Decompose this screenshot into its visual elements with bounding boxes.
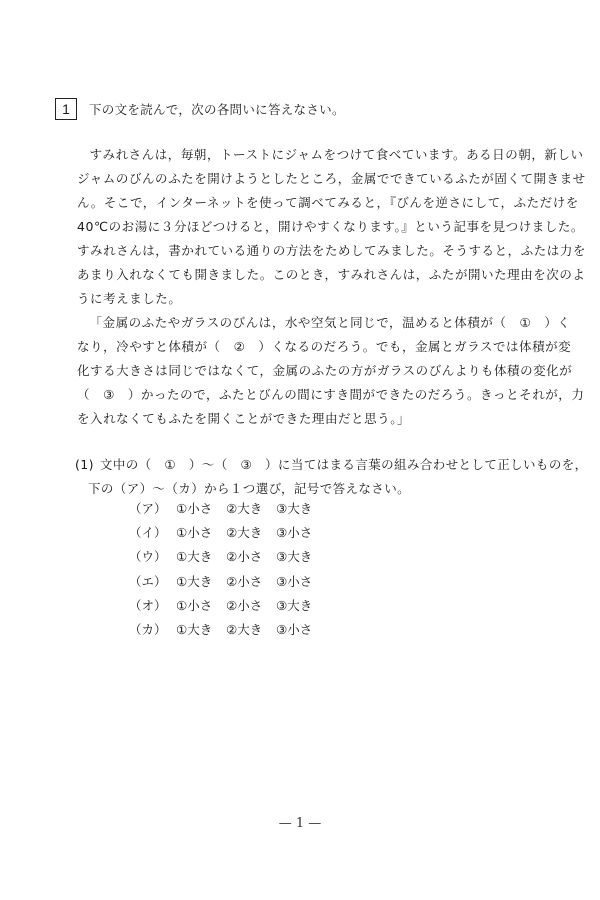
reading-passage: すみれさんは，毎朝，トーストにジャムをつけて食べています。ある日の朝，新しい ジ… bbox=[77, 143, 547, 431]
passage-line: ジャムのびんのふたを開けようとしたところ，金属でできているふたが固くて開きませ bbox=[77, 167, 547, 191]
sub-question-1: (1)文中の（ ① ）～（ ③ ）に当てはまる言葉の組み合わせとして正しいものを… bbox=[75, 453, 555, 501]
choice-option-2: ②小さ bbox=[226, 570, 276, 594]
passage-line: 40℃のお湯に３分ほどつけると，開けやすくなります。』という記事を見つけました。 bbox=[77, 215, 547, 239]
sub-question-number: (1) bbox=[75, 457, 94, 472]
choice-ka: （カ） ①大き ②大き ③小さ bbox=[129, 618, 326, 642]
choice-u: （ウ） ①大き ②小さ ③大き bbox=[129, 545, 326, 569]
choice-o: （オ） ①小さ ②小さ ③大き bbox=[129, 594, 326, 618]
choice-option-3: ③小さ bbox=[276, 521, 326, 545]
passage-line: を入れなくてもふたを開くことができた理由だと思う。」 bbox=[77, 407, 547, 431]
choice-option-3: ③小さ bbox=[276, 618, 326, 642]
choice-label: （ア） bbox=[129, 497, 176, 521]
choice-option-1: ①小さ bbox=[176, 521, 226, 545]
choice-option-2: ②大き bbox=[226, 618, 276, 642]
choice-option-3: ③小さ bbox=[276, 570, 326, 594]
choice-label: （ウ） bbox=[129, 545, 176, 569]
passage-line: なり，冷やすと体積が（ ② ）くなるのだろう。でも，金属とガラスでは体積が変 bbox=[77, 335, 547, 359]
passage-line: 化する大きさは同じではなくて，金属のふたの方がガラスのびんよりも体積の変化が bbox=[77, 359, 547, 383]
choice-option-2: ②小さ bbox=[226, 545, 276, 569]
question-number-box: 1 bbox=[55, 98, 77, 120]
passage-line: すみれさんは，書かれている通りの方法をためしてみました。そうすると，ふたは力を bbox=[77, 239, 547, 263]
passage-line: あまり入れなくても開きました。このとき，すみれさんは，ふたが開いた理由を次のよ bbox=[77, 263, 547, 287]
choice-i: （イ） ①小さ ②大き ③小さ bbox=[129, 521, 326, 545]
question-heading: 1 下の文を読んで，次の各問いに答えなさい。 bbox=[55, 98, 345, 120]
choice-label: （オ） bbox=[129, 594, 176, 618]
choice-option-1: ①大き bbox=[176, 618, 226, 642]
answer-choices: （ア） ①小さ ②大き ③大き （イ） ①小さ ②大き ③小さ （ウ） ①大き … bbox=[129, 497, 326, 642]
exam-page: 1 下の文を読んで，次の各問いに答えなさい。 すみれさんは，毎朝，トーストにジャ… bbox=[0, 0, 600, 900]
choice-option-1: ①小さ bbox=[176, 497, 226, 521]
choice-option-2: ②大き bbox=[226, 497, 276, 521]
choice-label: （カ） bbox=[129, 618, 176, 642]
question-prompt-text: 文中の（ ① ）～（ ③ ）に当てはまる言葉の組み合わせとして正しいものを， bbox=[100, 457, 588, 472]
choice-option-2: ②小さ bbox=[226, 594, 276, 618]
passage-line: うに考えました。 bbox=[77, 287, 547, 311]
question-prompt-line-1: (1)文中の（ ① ）～（ ③ ）に当てはまる言葉の組み合わせとして正しいものを… bbox=[75, 453, 555, 477]
choice-option-2: ②大き bbox=[226, 521, 276, 545]
choice-option-3: ③大き bbox=[276, 594, 326, 618]
instruction-text: 下の文を読んで，次の各問いに答えなさい。 bbox=[89, 100, 345, 118]
choice-option-3: ③大き bbox=[276, 545, 326, 569]
passage-line: （ ③ ）かったので，ふたとびんの間にすき間ができたのだろう。きっとそれが，力 bbox=[77, 383, 547, 407]
passage-line: すみれさんは，毎朝，トーストにジャムをつけて食べています。ある日の朝，新しい bbox=[77, 143, 547, 167]
choice-label: （エ） bbox=[129, 570, 176, 594]
choice-option-1: ①小さ bbox=[176, 594, 226, 618]
passage-line: ん。そこで，インターネットを使って調べてみると，『びんを逆さにして，ふただけを bbox=[77, 191, 547, 215]
choice-option-1: ①大き bbox=[176, 570, 226, 594]
choice-option-1: ①大き bbox=[176, 545, 226, 569]
page-number: — 1 — bbox=[0, 816, 600, 831]
choice-option-3: ③大き bbox=[276, 497, 326, 521]
passage-line: 「金属のふたやガラスのびんは，水や空気と同じで，温めると体積が（ ① ）く bbox=[77, 311, 547, 335]
choice-a: （ア） ①小さ ②大き ③大き bbox=[129, 497, 326, 521]
choice-label: （イ） bbox=[129, 521, 176, 545]
choice-e: （エ） ①大き ②小さ ③小さ bbox=[129, 570, 326, 594]
